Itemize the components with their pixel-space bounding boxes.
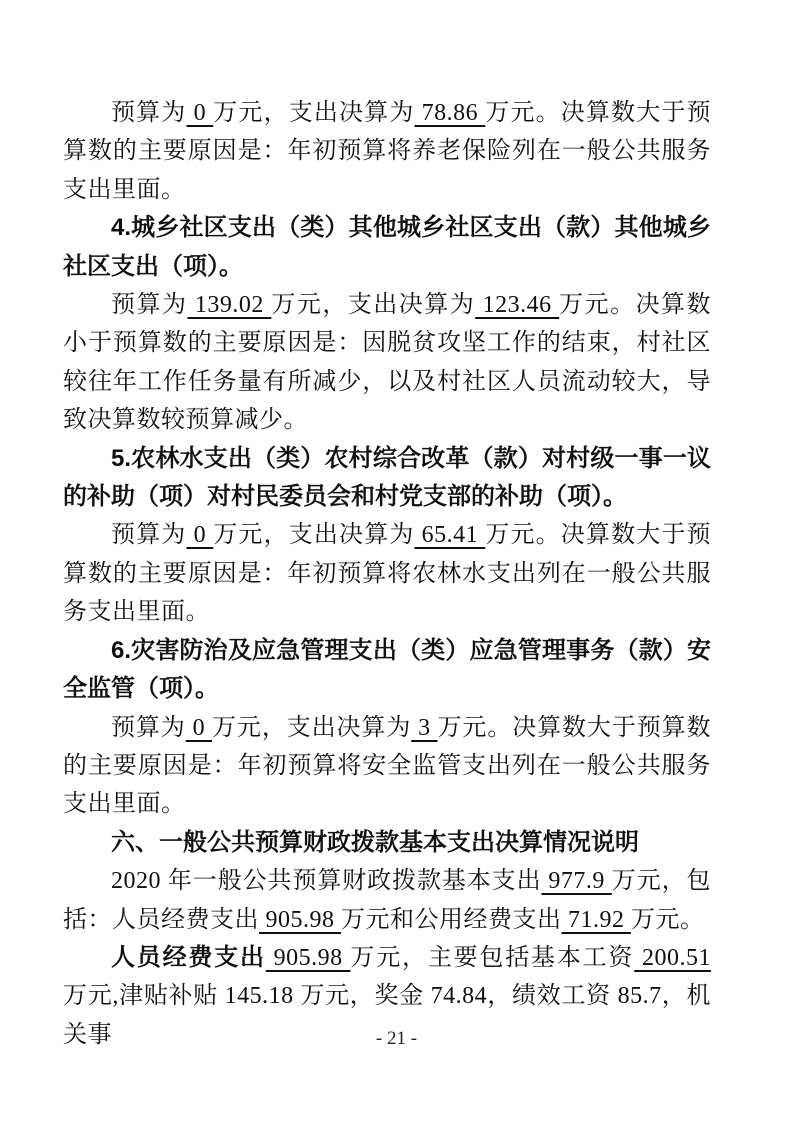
text-run: 预算为 xyxy=(111,100,186,126)
text-run: 万元，支出决算为 xyxy=(213,522,414,548)
underlined-value: 905.98 xyxy=(266,945,351,971)
text-run: 预算为 xyxy=(111,292,187,318)
paragraph-section6-overview: 2020 年一般公共预算财政拨款基本支出 977.9 万元，包括：人员经费支出 … xyxy=(63,862,711,939)
underlined-value: 0 xyxy=(186,522,213,548)
text-run: 六、一般公共预算财政拨款基本支出决算情况说明 xyxy=(111,829,639,856)
underlined-value: 0 xyxy=(186,100,213,126)
text-run: 万元，支出决算为 xyxy=(212,715,411,741)
heading-item5: 5.农林水支出（类）农村综合改革（款）对村级一事一议的补助（项）对村民委员会和村… xyxy=(63,440,711,517)
document-page: 预算为 0 万元，支出决算为 78.86 万元。决算数大于预算数的主要原因是：年… xyxy=(0,0,793,1122)
text-run: 万元，支出决算为 xyxy=(271,292,475,318)
page-number: - 21 - xyxy=(0,1028,793,1050)
underlined-value: 139.02 xyxy=(187,292,271,318)
underlined-value: 0 xyxy=(186,715,212,741)
text-run: 万元，支出决算为 xyxy=(213,100,414,126)
paragraph-item6-figures: 预算为 0 万元，支出决算为 3 万元。决算数大于预算数的主要原因是：年初预算将… xyxy=(63,709,711,824)
underlined-value: 905.98 xyxy=(259,907,341,933)
text-run: 4.城乡社区支出（类）其他城乡社区支出（款）其他城乡社区支出（项）。 xyxy=(63,214,711,279)
paragraph-item3-figures: 预算为 0 万元，支出决算为 78.86 万元。决算数大于预算数的主要原因是：年… xyxy=(63,94,711,209)
underlined-value: 65.41 xyxy=(415,522,486,548)
bold-run: 人员经费支出 xyxy=(111,944,266,971)
text-run: 万元。 xyxy=(631,907,705,933)
underlined-value: 200.51 xyxy=(634,945,711,971)
underlined-value: 123.46 xyxy=(475,292,559,318)
heading-item4: 4.城乡社区支出（类）其他城乡社区支出（款）其他城乡社区支出（项）。 xyxy=(63,209,711,286)
heading-item6: 6.灾害防治及应急管理支出（类）应急管理事务（款）安全监管（项）。 xyxy=(63,632,711,709)
underlined-value: 78.86 xyxy=(415,100,486,126)
text-run: 万元，主要包括基本工资 xyxy=(350,945,634,971)
text-run: 5.农林水支出（类）农村综合改革（款）对村级一事一议的补助（项）对村民委员会和村… xyxy=(63,445,711,510)
paragraph-item5-figures: 预算为 0 万元，支出决算为 65.41 万元。决算数大于预算数的主要原因是：年… xyxy=(63,516,711,631)
text-run: 2020 年一般公共预算财政拨款基本支出 xyxy=(111,868,541,894)
text-run: 6.灾害防治及应急管理支出（类）应急管理事务（款）安全监管（项）。 xyxy=(63,637,711,702)
text-run: 预算为 xyxy=(111,715,186,741)
text-run: 预算为 xyxy=(111,522,186,548)
text-run: 万元和公用经费支出 xyxy=(341,907,562,933)
paragraph-item4-figures: 预算为 139.02 万元，支出决算为 123.46 万元。决算数小于预算数的主… xyxy=(63,286,711,440)
heading-section6: 六、一般公共预算财政拨款基本支出决算情况说明 xyxy=(63,824,711,862)
document-content: 预算为 0 万元，支出决算为 78.86 万元。决算数大于预算数的主要原因是：年… xyxy=(63,94,711,1054)
underlined-value: 71.92 xyxy=(562,907,632,933)
underlined-value: 977.9 xyxy=(541,868,611,894)
underlined-value: 3 xyxy=(411,715,437,741)
